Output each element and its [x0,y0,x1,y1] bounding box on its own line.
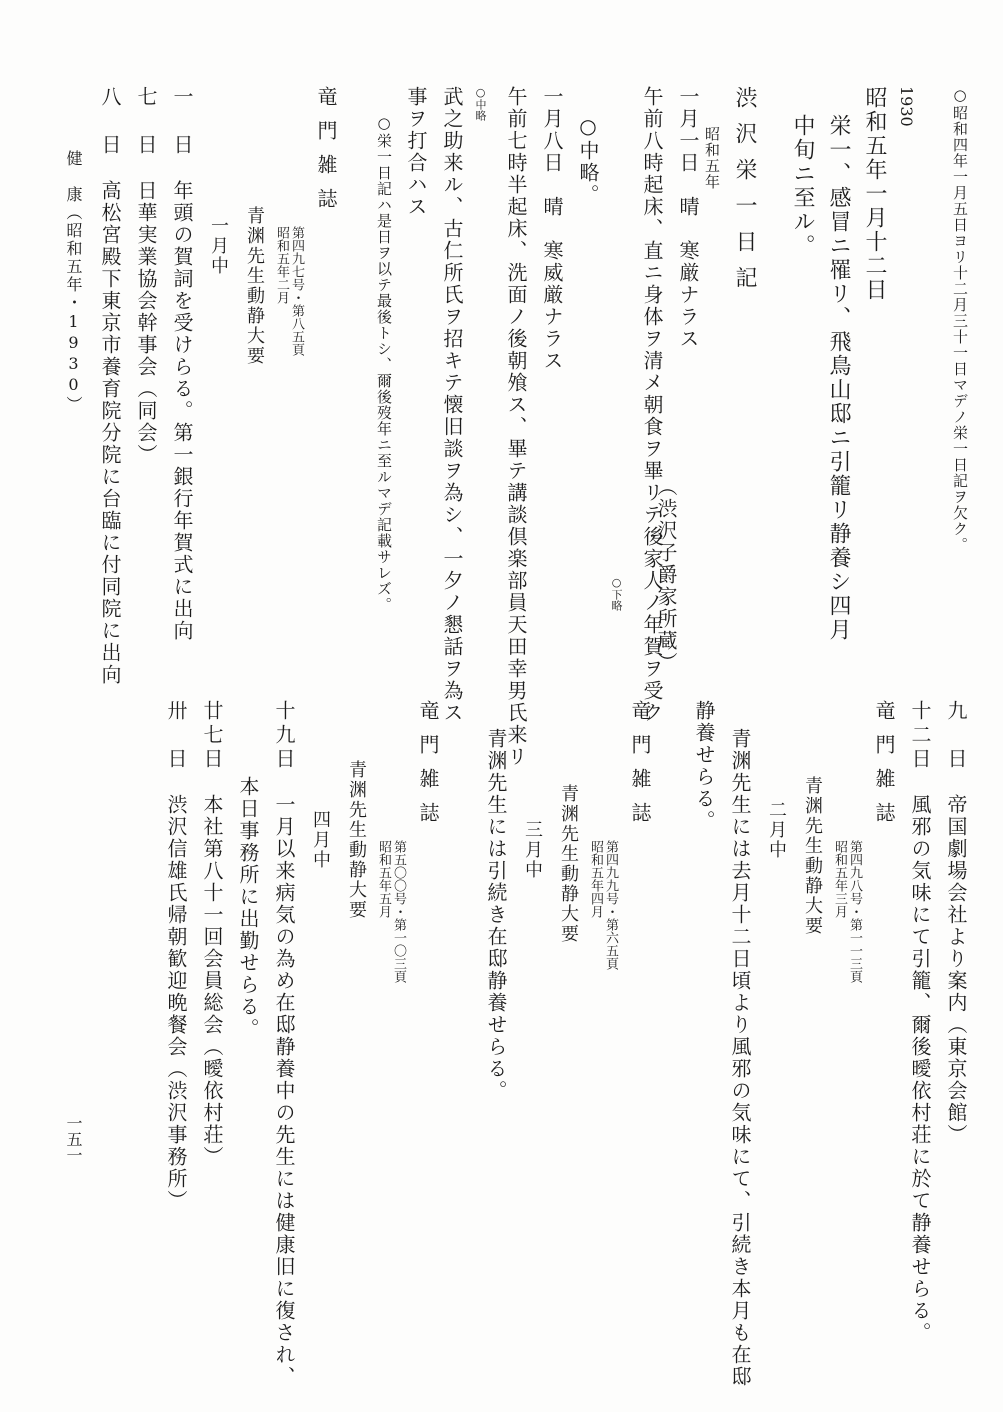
entry-line-2: 中旬ニ至ル。 [788,86,816,258]
missing-diary-note: ○昭和四年一月五日ヨリ十二月三十一日マデノ栄一日記ヲ欠ク。 [950,86,970,553]
bottom-half: 九 日 帝国劇場会社より案内（東京会館） 十二日 風邪の気味にて引籠、爾後曖依村… [40,700,970,1300]
western-year: 1930 [892,86,920,127]
ryumon-jan-header: 竜門雑誌 第四九七号・第八五頁 昭和五年二月 [268,86,340,356]
ryumon-date: 昭和五年四月 [588,840,603,970]
diary-title: 渋沢栄一日記 [730,86,758,302]
ryumon-text: 静養せらる。 [690,700,718,832]
entry-text: 年頭の賀詞を受けらる。第一銀行年賀式に出向 [170,180,194,642]
entry-text: 帝国劇場会社より案内（東京会館） [944,794,968,1146]
ryumon-heading: 青渊先生動静大要 [554,700,582,944]
ryumon-title: 竜門雑誌 [312,86,340,222]
entry-text: 一月以来病気の為め在邸静養中の先生には健康旧に復され、 [272,794,296,1388]
entry-line-1: 栄一、感冒ニ罹リ、飛鳥山邸ニ引籠リ静養シ四月 [824,86,852,642]
entry-text: 渋沢信雄氏帰朝歓迎晩餐会（渋沢事務所） [164,794,188,1212]
ryumon-month: 二月中 [762,700,790,860]
diary-year: 昭和五年 [702,86,722,190]
ryumon-title: 竜門雑誌 [870,700,898,836]
ryumon-citation: 第五〇〇号・第一〇三頁 昭和五年五月 [376,700,406,983]
ryumon-entry: 廿七日 本社第八十一回会員総会（曖依村荘） [198,700,226,1168]
ryumon-citation: 第四九八号・第一一三頁 昭和五年三月 [832,700,862,983]
running-head: 健 康（昭和五年・1930） [62,150,85,414]
date-header: 昭和五年一月十二日 [860,86,888,302]
ryumon-date: 昭和五年五月 [376,840,391,983]
ryumon-mar-header: 竜門雑誌 第四九八号・第一一三頁 昭和五年三月 [826,700,898,983]
ryumon-entry: 卅 日 渋沢信雄氏帰朝歓迎晩餐会（渋沢事務所） [162,700,190,1212]
page-number: 一五一 [62,1115,85,1163]
ryumon-issue: 第四九九号・第六五頁 [603,840,618,970]
entry-text: 日華実業協会幹事会（同会） [134,180,158,466]
top-half: ○昭和四年一月五日ヨリ十二月三十一日マデノ栄一日記ヲ欠ク。 1930 昭和五年一… [40,86,970,656]
entry-text: 高松宮殿下東京市養育院分院に台臨に付同院に出向 [98,180,122,686]
ryumon-citation: 第四九七号・第八五頁 昭和五年二月 [274,86,304,356]
diary-line: 武之助来ル、古仁所氏ヲ招キテ懐旧談ヲ為シ、一夕ノ懇話ヲ為ス [438,86,466,724]
ryumon-month: 四月中 [306,700,334,870]
ryumon-date: 昭和五年三月 [832,840,847,983]
entry-day: 一 日 [170,86,194,158]
ryumon-entry: 九 日 帝国劇場会社より案内（東京会館） [942,700,970,1146]
omission-note: ○中略 [466,86,494,121]
entry-day: 八 日 [98,86,122,158]
ryumon-issue: 第五〇〇号・第一〇三頁 [391,840,406,983]
diary-line: 午前七時半起床、洗面ノ後朝飧ス、畢テ講談倶楽部員天田幸男氏来リ [502,86,530,768]
ryumon-citation: 第四九九号・第六五頁 昭和五年四月 [588,700,618,970]
entry-day: 七 日 [134,86,158,158]
ryumon-entry: 八 日 高松宮殿下東京市養育院分院に台臨に付同院に出向 [96,86,124,686]
ryumon-entry: 十二日 風邪の気味にて引籠、爾後曖依村荘に於て静養せらる。 [906,700,934,1344]
ryumon-title: 竜門雑誌 [626,700,654,836]
ryumon-issue: 第四九七号・第八五頁 [289,226,304,356]
ryumon-issue: 第四九八号・第一一三頁 [847,840,862,983]
ryumon-entry: 七 日 日華実業協会幹事会（同会） [132,86,160,466]
ryumon-title: 竜門雑誌 [414,700,442,836]
ryumon-entry-cont: 本日事務所に出勤せらる。 [234,700,262,1040]
entry-day: 卅 日 [164,700,188,772]
ryumon-heading: 青渊先生動静大要 [342,700,370,920]
diary-title-block: 渋沢栄一日記 昭和五年 [702,86,758,302]
ryumon-text: 青渊先生には去月十二日頃より風邪の気味にて、引続き本月も在邸 [726,700,754,1388]
entry-text: 風邪の気味にて引籠、爾後曖依村荘に於て静養せらる。 [908,794,932,1344]
ryumon-text: 青渊先生には引続き在邸静養せらる。 [482,700,510,1102]
omission-note: ○中略。 [574,86,602,206]
diary-line: 一月八日 晴 寒威厳ナラス [538,86,566,372]
entry-day: 廿七日 [200,700,224,772]
ryumon-may-header: 竜門雑誌 第五〇〇号・第一〇三頁 昭和五年五月 [370,700,442,983]
entry-day: 九 日 [944,700,968,772]
entry-day: 十九日 [272,700,296,772]
ryumon-heading: 青渊先生動静大要 [798,700,826,936]
diary-end-note: ○栄一日記ハ是日ヲ以テ最後トシ、爾後歿年ニ至ルマデ記載サレズ。 [374,86,394,613]
entry-day: 十二日 [908,700,932,772]
ryumon-apr-header: 竜門雑誌 第四九九号・第六五頁 昭和五年四月 [582,700,654,970]
ryumon-heading: 青渊先生動静大要 [240,86,268,366]
omission-note: ○下略 [602,86,630,611]
entry-text: 本社第八十一回会員総会（曖依村荘） [200,794,224,1168]
ryumon-entry: 十九日 一月以来病気の為め在邸静養中の先生には健康旧に復され、 [270,700,298,1388]
ryumon-entry: 一 日 年頭の賀詞を受けらる。第一銀行年賀式に出向 [168,86,196,642]
diary-source: （渋沢子爵家所蔵） [652,86,680,674]
diary-line-wrap: ○中略 武之助来ル、古仁所氏ヲ招キテ懐旧談ヲ為シ、一夕ノ懇話ヲ為ス [430,86,494,724]
diary-line: 事ヲ打合ハス [402,86,430,218]
ryumon-month: 三月中 [518,700,546,880]
ryumon-date: 昭和五年二月 [274,226,289,356]
ryumon-month: 一月中 [204,86,232,276]
